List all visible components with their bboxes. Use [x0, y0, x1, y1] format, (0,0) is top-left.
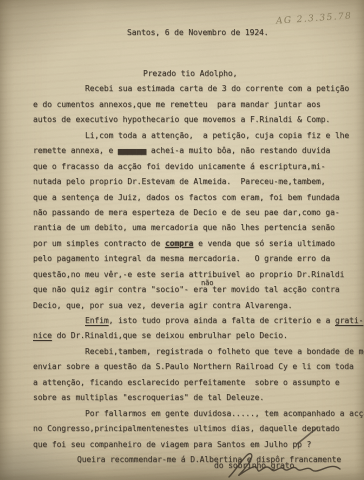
line-text: por um simples contracto de [33, 239, 165, 248]
letter-line: por um simples contracto de compra e ven… [33, 236, 357, 251]
letter-line: sobre as multiplas "escroquerias" de tal… [33, 390, 357, 405]
letter-line: pelo pagamento integral da mesma mercado… [33, 251, 357, 266]
letter-line: Por fallarmos em gente duvidosa....., te… [33, 406, 357, 421]
dateline: Santos, 6 de Novembro de 1924. [127, 28, 269, 37]
letter-line: a attenção, ficando esclarecido perfeita… [33, 375, 357, 390]
letter-line: Li,com toda a attenção, a petição, cuja … [33, 128, 357, 143]
letter-line: que a sentença de Juiz, dados os factos … [33, 190, 357, 205]
closing-line: do sobrinho grato [214, 461, 294, 470]
struck-out-word: ██████ [118, 148, 146, 158]
letter-line: que não quiz agir contra "socio"- era te… [33, 282, 357, 297]
line-text: e venda que só seria ultimado [193, 239, 335, 248]
letter-line: questão,no meu vêr,-e este seria attribu… [33, 267, 357, 282]
letter-line: que o fracasso da acção foi devido unica… [33, 159, 357, 174]
overtyped-word: compra [165, 239, 193, 248]
underlined-text: grati- [335, 316, 363, 325]
line-text: achei-a muito bôa, não restando duvida [146, 146, 330, 155]
interlinear-insertion: não [201, 276, 213, 291]
letter-line: que foi seu companheiro de viagem para S… [33, 437, 357, 452]
line-text: do Dr.Rinaldi,que se deixou embrulhar pe… [52, 331, 288, 340]
letter-line: nutada pelo proprio Dr.Estevam de Almeid… [33, 174, 357, 189]
letter-line: no Congresso,principalmentenestes ultimo… [33, 421, 357, 436]
letter-line: enviar sobre a questão da S.Paulo Northe… [33, 359, 357, 374]
salutation: Prezado tio Adolpho, [33, 66, 357, 81]
letter-line: autos de executivo hypothecario que move… [33, 112, 357, 127]
letter-line: Queira recommendar-me á D.Albertina e di… [33, 452, 357, 467]
letter-line: Enfim, isto tudo prova ainda a falta de … [33, 313, 357, 328]
archival-reference: AG 2.3.35.78 [276, 11, 353, 26]
letter-line: rantia de um debito, uma mercadoria que … [33, 220, 357, 235]
letter-line: e do cumentos annexos,que me remetteu pa… [33, 97, 357, 112]
letter-body: Prezado tio Adolpho, Recebi sua estimada… [33, 66, 357, 467]
line-text: , isto tudo prova ainda a falta de crite… [109, 316, 335, 325]
letter-line: Decio, que, por sua vez, deveria agir co… [33, 298, 357, 313]
line-text: que não quiz agir contra "socio"- era te… [33, 285, 340, 294]
underlined-text: nice [33, 331, 52, 340]
letter-page: AG 2.3.35.78 Santos, 6 de Novembro de 19… [0, 0, 364, 480]
letter-line: Recebi sua estimada carta de 3 do corren… [33, 81, 357, 96]
letter-line: não passando de mera esperteza de Decio … [33, 205, 357, 220]
letter-line: Recebi,tambem, registrada o folheto que … [33, 344, 357, 359]
line-text: remette annexa, e [33, 146, 118, 155]
underlined-text: Enfim [85, 316, 109, 325]
letter-line: nice do Dr.Rinaldi,que se deixou embrulh… [33, 328, 357, 343]
letter-line: remette annexa, e ██████ achei-a muito b… [33, 143, 357, 158]
